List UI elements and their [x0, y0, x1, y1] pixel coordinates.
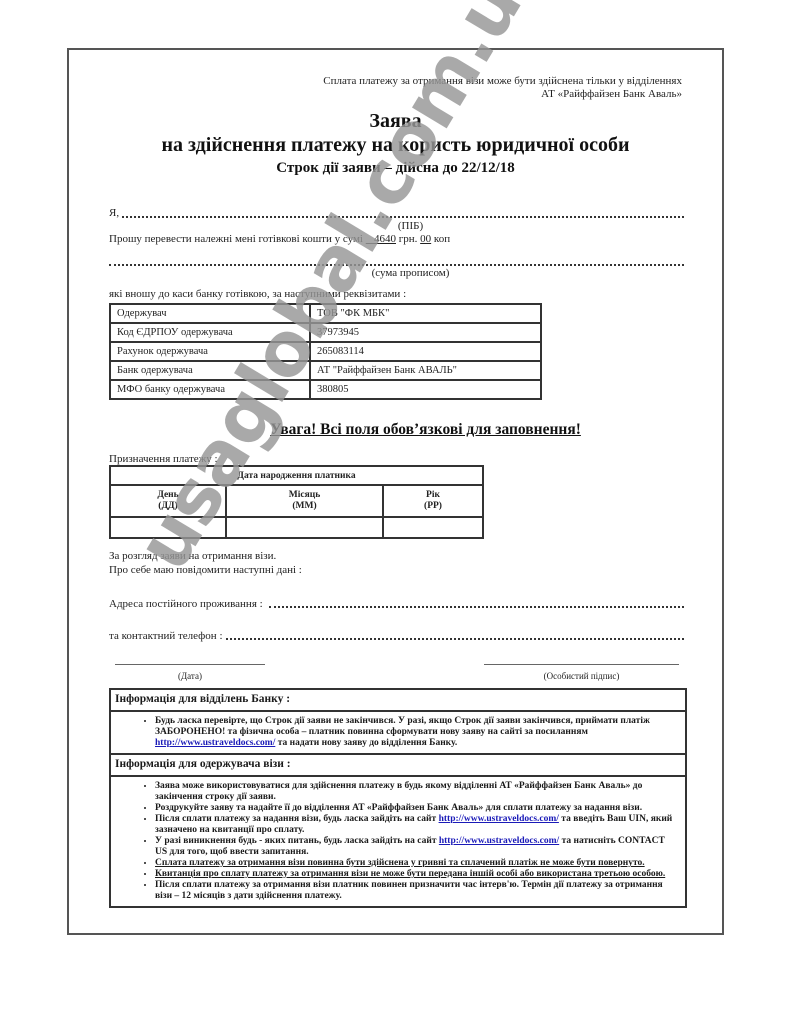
- requisite-label: Одержувач: [110, 304, 310, 323]
- recipient-info-item: Сплата платежу за отримання візи повинна…: [155, 858, 675, 869]
- requisite-value: 37973945: [310, 323, 541, 342]
- requisite-row: МФО банку одержувача380805: [110, 380, 541, 399]
- notice-line-1: Сплата платежу за отримання візи може бу…: [323, 75, 682, 88]
- amount-kop[interactable]: 00: [420, 233, 431, 245]
- name-prefix: Я,: [109, 207, 119, 219]
- form-title: Заява: [69, 110, 722, 133]
- purpose-label: Призначення платежу :: [109, 453, 218, 465]
- amount-line: Прошу перевести належні мені готівкові к…: [109, 233, 450, 245]
- signature-caption: (Особистий підпис): [484, 671, 679, 681]
- ustraveldocs-link[interactable]: http://www.ustraveldocs.com/: [439, 814, 559, 824]
- name-caption: (ПІБ): [69, 220, 722, 232]
- year-input[interactable]: [383, 517, 483, 538]
- bank-info-item: Будь ласка перевірте, що Строк дії заяви…: [155, 716, 675, 749]
- requisite-value: АТ "Райффайзен Банк АВАЛЬ": [310, 361, 541, 380]
- uah-label: грн.: [399, 233, 418, 245]
- recipient-info-item: У разі виникнення будь - яких питань, бу…: [155, 836, 675, 858]
- mandatory-warning: Увага! Всі поля обов’язкові для заповнен…: [69, 421, 722, 439]
- form-subtitle: на здійснення платежу на користь юридичн…: [69, 134, 722, 157]
- requisite-row: Код ЄДРПОУ одержувача37973945: [110, 323, 541, 342]
- year-column: Рік(РР): [383, 485, 483, 517]
- phone-field[interactable]: [226, 638, 684, 640]
- phone-label: та контактний телефон :: [109, 630, 223, 642]
- date-caption: (Дата): [115, 671, 265, 681]
- month-input[interactable]: [226, 517, 383, 538]
- recipient-info-item: Роздрукуйте заяву та надайте її до відді…: [155, 803, 675, 814]
- month-column: Місяць(ММ): [226, 485, 383, 517]
- requisite-label: МФО банку одержувача: [110, 380, 310, 399]
- kop-label: коп: [434, 233, 450, 245]
- requisite-label: Рахунок одержувача: [110, 342, 310, 361]
- requisite-row: Рахунок одержувача265083114: [110, 342, 541, 361]
- date-field[interactable]: [115, 664, 265, 665]
- ustraveldocs-link[interactable]: http://www.ustraveldocs.com/: [439, 836, 559, 846]
- recipient-info-title: Інформація для одержувача візи :: [111, 755, 685, 777]
- requisites-table: ОдержувачТОВ "ФК МБК"Код ЄДРПОУ одержува…: [109, 303, 542, 400]
- ustraveldocs-link[interactable]: http://www.ustraveldocs.com/: [155, 738, 275, 748]
- personal-line-2: Про себе маю повідомити наступні дані :: [109, 564, 302, 576]
- recipient-info-item: Квитанція про сплату платежу за отриманн…: [155, 869, 675, 880]
- info-box: Інформація для відділень Банку : Будь ла…: [109, 688, 687, 908]
- validity-date: Строк дії заяви – дійсна до 22/12/18: [69, 160, 722, 177]
- requisite-value: 380805: [310, 380, 541, 399]
- signature-field[interactable]: [484, 664, 679, 665]
- amount-words-caption: (сума прописом): [69, 267, 722, 279]
- address-field[interactable]: [269, 606, 684, 608]
- address-label: Адреса постійного проживання :: [109, 598, 263, 610]
- recipient-info-item: Заява може використовуватися для здійсне…: [155, 781, 675, 803]
- deposit-text: які вношу до каси банку готівкою, за нас…: [109, 288, 406, 300]
- requisite-value: 265083114: [310, 342, 541, 361]
- requisite-label: Код ЄДРПОУ одержувача: [110, 323, 310, 342]
- requisite-label: Банк одержувача: [110, 361, 310, 380]
- amount-uah[interactable]: 4640: [366, 233, 396, 245]
- name-field[interactable]: [122, 216, 684, 218]
- payment-notice: Сплата платежу за отримання візи може бу…: [323, 75, 682, 101]
- bank-info-list: Будь ласка перевірте, що Строк дії заяви…: [111, 712, 685, 755]
- birthdate-header: Дата народження платника: [110, 466, 483, 485]
- bank-info-title: Інформація для відділень Банку :: [111, 690, 685, 712]
- day-input[interactable]: [110, 517, 226, 538]
- form-page: Сплата платежу за отримання візи може бу…: [67, 48, 724, 935]
- recipient-info-list: Заява може використовуватися для здійсне…: [111, 777, 685, 906]
- amount-words-field[interactable]: [109, 264, 684, 266]
- recipient-info-item: Після сплати платежу за надання візи, бу…: [155, 814, 675, 836]
- requisite-value: ТОВ "ФК МБК": [310, 304, 541, 323]
- birthdate-table: Дата народження платника День(ДД) Місяць…: [109, 465, 484, 539]
- requisite-row: Банк одержувачаАТ "Райффайзен Банк АВАЛЬ…: [110, 361, 541, 380]
- recipient-info-item: Після сплати платежу за отримання візи п…: [155, 880, 675, 902]
- notice-line-2: АТ «Райффайзен Банк Аваль»: [323, 88, 682, 101]
- requisite-row: ОдержувачТОВ "ФК МБК": [110, 304, 541, 323]
- personal-line-1: За розгляд заяви на отримання візи.: [109, 550, 276, 562]
- amount-request-text: Прошу перевести належні мені готівкові к…: [109, 233, 363, 245]
- day-column: День(ДД): [110, 485, 226, 517]
